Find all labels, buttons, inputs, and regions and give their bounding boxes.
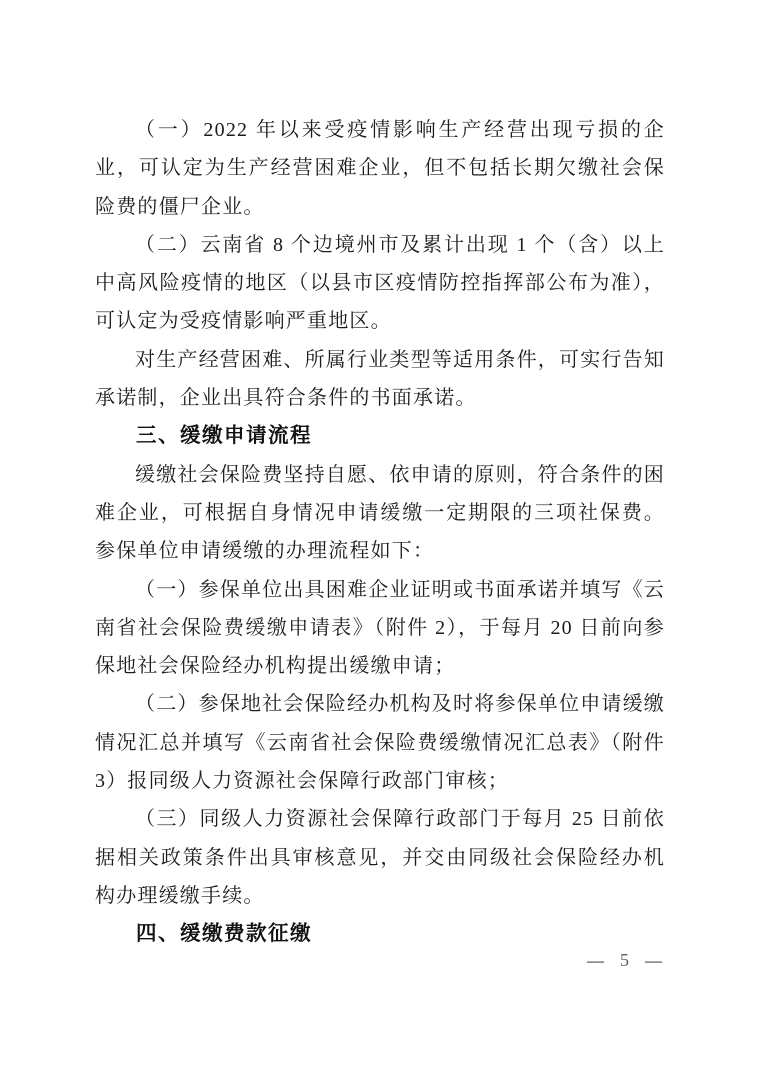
body-paragraph: 对生产经营困难、所属行业类型等适用条件，可实行告知承诺制，企业出具符合条件的书面… <box>95 341 665 418</box>
document-page: （一）2022 年以来受疫情影响生产经营出现亏损的企业，可认定为生产经营困难企业… <box>0 0 760 1067</box>
page-number-dash-left: — <box>587 951 604 971</box>
page-number-value: 5 <box>620 950 629 971</box>
body-paragraph: （一）2022 年以来受疫情影响生产经营出现亏损的企业，可认定为生产经营困难企业… <box>95 111 665 226</box>
body-paragraph: 缓缴社会保险费坚持自愿、依申请的原则，符合条件的困难企业，可根据自身情况申请缓缴… <box>95 456 665 571</box>
page-number-dash-right: — <box>645 951 662 971</box>
page-number: — 5 — <box>587 950 662 971</box>
body-paragraph: （三）同级人力资源社会保障行政部门于每月 25 日前依据相关政策条件出具审核意见… <box>95 800 665 915</box>
section-heading: 三、缓缴申请流程 <box>95 417 665 455</box>
body-paragraph: （一）参保单位出具困难企业证明或书面承诺并填写《云南省社会保险费缓缴申请表》（附… <box>95 571 665 686</box>
section-heading: 四、缓缴费款征缴 <box>95 915 665 953</box>
body-paragraph: （二）参保地社会保险经办机构及时将参保单位申请缓缴情况汇总并填写《云南省社会保险… <box>95 685 665 800</box>
body-paragraph: （二）云南省 8 个边境州市及累计出现 1 个（含）以上中高风险疫情的地区（以县… <box>95 226 665 341</box>
document-body: （一）2022 年以来受疫情影响生产经营出现亏损的企业，可认定为生产经营困难企业… <box>95 111 665 954</box>
